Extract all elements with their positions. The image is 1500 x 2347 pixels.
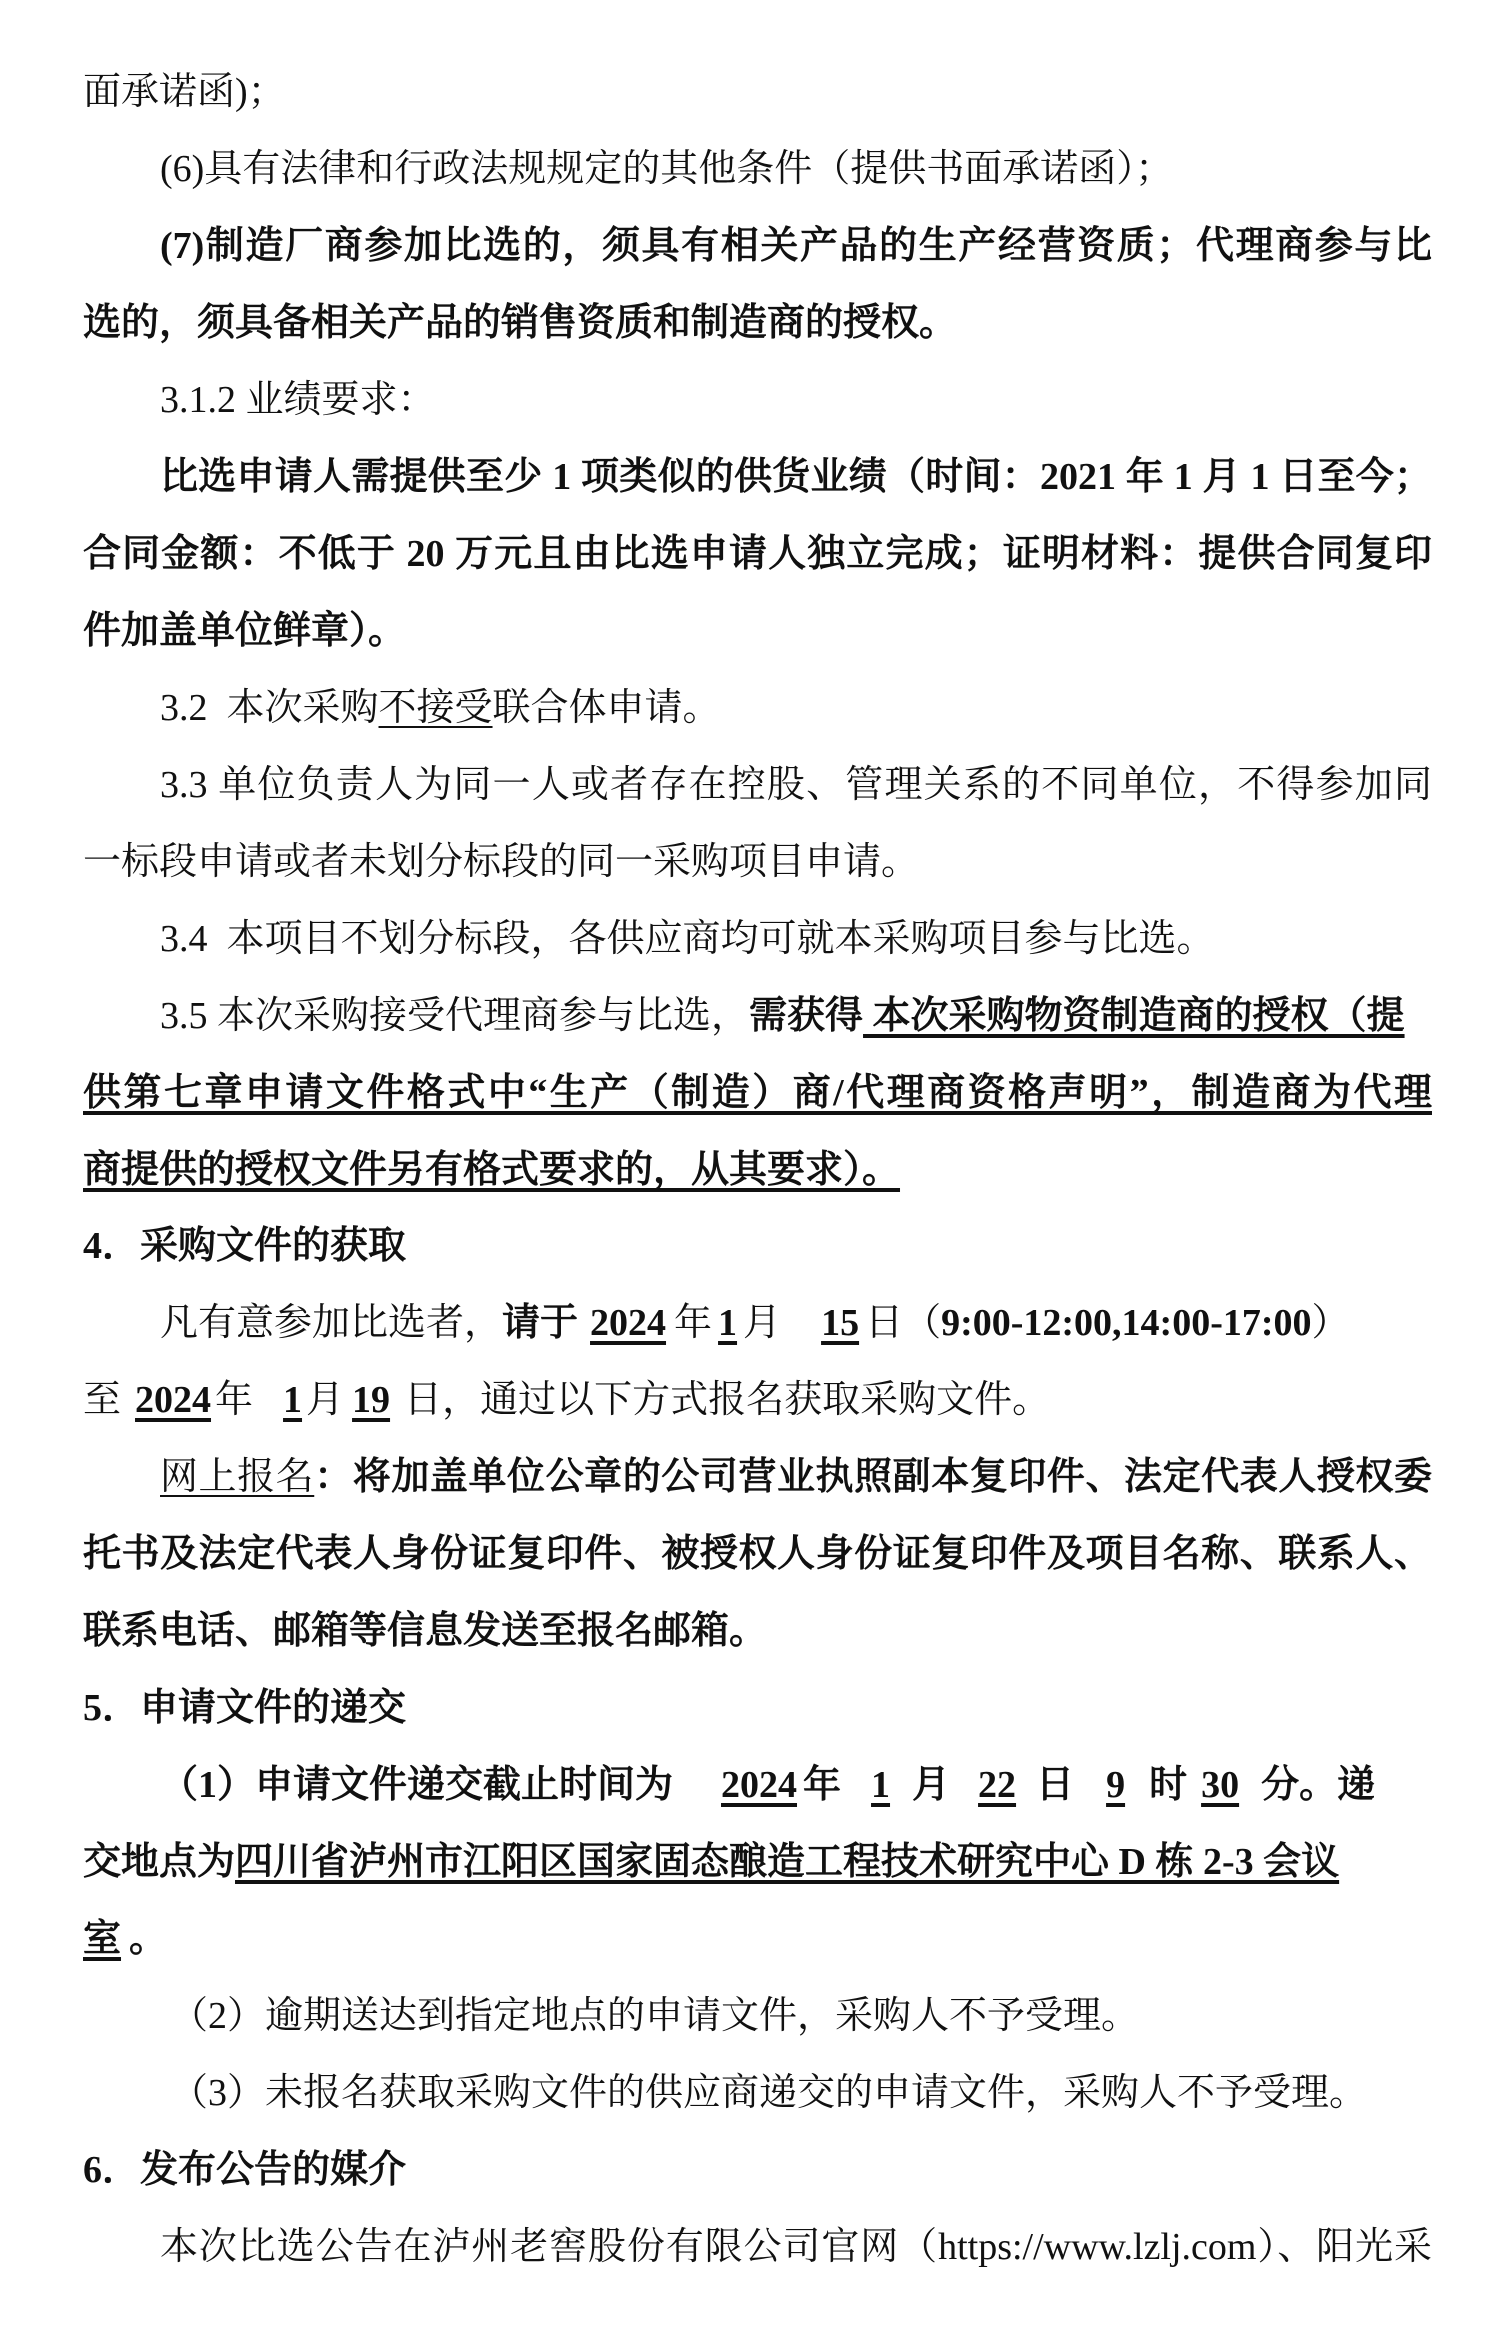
text-segment: 至 xyxy=(83,1379,121,1421)
underlined-text: 供第七章申请文件格式中“生产（制造）商/代理商资格声明”，制造商为代理 xyxy=(83,1067,1432,1119)
section-3-5-line1: 3.5 本次采购接受代理商参与比选，需获得 本次采购物资制造商的授权（提 xyxy=(160,990,1432,1042)
text-segment: 日 xyxy=(1036,1764,1074,1806)
paragraph-line: 合同金额：不低于 20 万元且由比选申请人独立完成；证明材料：提供合同复印 xyxy=(83,528,1432,580)
section-3-4: 3.4 本项目不划分标段，各供应商均可就本采购项目参与比选。 xyxy=(160,913,1432,965)
text-segment: 交地点为 xyxy=(83,1841,235,1883)
text-segment: 日（ xyxy=(865,1302,941,1344)
section-heading-4: 4．采购文件的获取 xyxy=(83,1220,1432,1272)
month-field: 1 xyxy=(712,1297,743,1349)
text-segment: 月 xyxy=(306,1379,344,1421)
day-field: 19 xyxy=(344,1374,404,1426)
section-heading-3-1-2: 3.1.2 业绩要求： xyxy=(160,374,1432,426)
text-segment: 时 xyxy=(1149,1764,1187,1806)
underlined-text: 室 xyxy=(83,1918,129,1960)
hour-field: 9 xyxy=(1074,1759,1149,1811)
location-text: 四川省泸州市江阳区国家固态酿造工程技术研究中心 D 栋 2-3 会议 xyxy=(235,1841,1339,1883)
month-field: 1 xyxy=(253,1374,306,1426)
section-heading-5: 5．申请文件的递交 xyxy=(83,1682,1432,1734)
day-field: 22 xyxy=(950,1759,1036,1811)
section-5-item1-line2: 交地点为四川省泸州市江阳区国家固态酿造工程技术研究中心 D 栋 2-3 会议 xyxy=(83,1836,1432,1888)
underlined-text: 商提供的授权文件另有格式要求的，从其要求）。 xyxy=(83,1149,900,1191)
year-field: 2024 xyxy=(121,1374,215,1426)
paragraph-line: 本次比选公告在泸州老窖股份有限公司官网（https://www.lzlj.com… xyxy=(160,2221,1432,2273)
text-segment: 3.5 本次采购接受代理商参与比选， xyxy=(160,995,749,1037)
list-item-7-line2: 选的，须具备相关产品的销售资质和制造商的授权。 xyxy=(83,297,1432,349)
section-5-item1-line1: （1）申请文件递交截止时间为2024年1月22日9时30分。递 xyxy=(160,1759,1432,1811)
text-segment: 分。递 xyxy=(1261,1764,1375,1806)
section-5-item2: （2）逾期送达到指定地点的申请文件，采购人不予受理。 xyxy=(170,1990,1442,2042)
paragraph-line: 件加盖单位鲜章）。 xyxy=(83,605,1432,657)
online-registration-line1: 网上报名：将加盖单位公章的公司营业执照副本复印件、法定代表人授权委 xyxy=(160,1451,1432,1503)
paragraph-line: 一标段申请或者未划分标段的同一采购项目申请。 xyxy=(83,836,1432,888)
section-4-line2: 至2024年1月19日，通过以下方式报名获取采购文件。 xyxy=(83,1374,1432,1426)
text-segment: 日 xyxy=(404,1379,442,1421)
minute-field: 30 xyxy=(1187,1759,1261,1811)
section-5-item3: （3）未报名获取采购文件的供应商递交的申请文件，采购人不予受理。 xyxy=(170,2067,1442,2119)
section-heading-6: 6．发布公告的媒介 xyxy=(83,2144,1432,2196)
text-segment: 。 xyxy=(129,1918,167,1960)
text-segment: ） xyxy=(1312,1302,1350,1344)
text-segment: 月 xyxy=(912,1764,950,1806)
text-segment: 凡有意参加比选者， xyxy=(160,1302,502,1344)
hours-text: 9:00-12:00,14:00-17:00 xyxy=(941,1302,1311,1344)
paragraph-line: 面承诺函)； xyxy=(83,66,1432,118)
underlined-text: 不接受 xyxy=(379,687,493,729)
paragraph-line: 3.3 单位负责人为同一人或者存在控股、管理关系的不同单位，不得参加同 xyxy=(160,759,1432,811)
text-segment: 3.2 本次采购 xyxy=(160,687,379,729)
list-item-6: (6)具有法律和行政法规规定的其他条件（提供书面承诺函）； xyxy=(160,143,1432,195)
section-3-5-line3: 商提供的授权文件另有格式要求的，从其要求）。 xyxy=(83,1144,1432,1196)
year-field: 2024 xyxy=(673,1759,803,1811)
paragraph-line: 联系电话、邮箱等信息发送至报名邮箱。 xyxy=(83,1605,1432,1657)
section-3-5-line2: 供第七章申请文件格式中“生产（制造）商/代理商资格声明”，制造商为代理 xyxy=(83,1067,1432,1119)
bold-text: 需获得 xyxy=(749,995,863,1037)
paragraph-line: 比选申请人需提供至少 1 项类似的供货业绩（时间：2021 年 1 月 1 日至… xyxy=(160,451,1432,503)
year-field: 2024 xyxy=(578,1297,674,1349)
list-item-7-line1: (7)制造厂商参加比选的，须具有相关产品的生产经营资质；代理商参与比 xyxy=(160,220,1432,272)
section-4-line1: 凡有意参加比选者，请于2024年1月15日（9:00-12:00,14:00-1… xyxy=(160,1297,1432,1349)
online-registration-label: 网上报名 xyxy=(160,1456,314,1498)
text-segment: 年 xyxy=(215,1379,253,1421)
section-3-2: 3.2 本次采购不接受联合体申请。 xyxy=(160,682,1432,734)
text-segment: ，通过以下方式报名获取采购文件。 xyxy=(442,1379,1050,1421)
text-segment: 联合体申请。 xyxy=(493,687,721,729)
bold-text: 请于 xyxy=(502,1302,578,1344)
text-segment: （1）申请文件递交截止时间为 xyxy=(160,1764,673,1806)
day-field: 15 xyxy=(781,1297,865,1349)
underlined-text: 本次采购物资制造商的授权（提 xyxy=(863,995,1405,1037)
text-segment: ：将加盖单位公章的公司营业执照副本复印件、法定代表人授权委 xyxy=(314,1456,1432,1498)
text-segment: 月 xyxy=(743,1302,781,1344)
paragraph-line: 托书及法定代表人身份证复印件、被授权人身份证复印件及项目名称、联系人、 xyxy=(83,1528,1432,1580)
month-field: 1 xyxy=(841,1759,912,1811)
text-segment: 年 xyxy=(674,1302,712,1344)
text-segment: 年 xyxy=(803,1764,841,1806)
section-5-item1-line3: 室。 xyxy=(83,1913,1432,1965)
